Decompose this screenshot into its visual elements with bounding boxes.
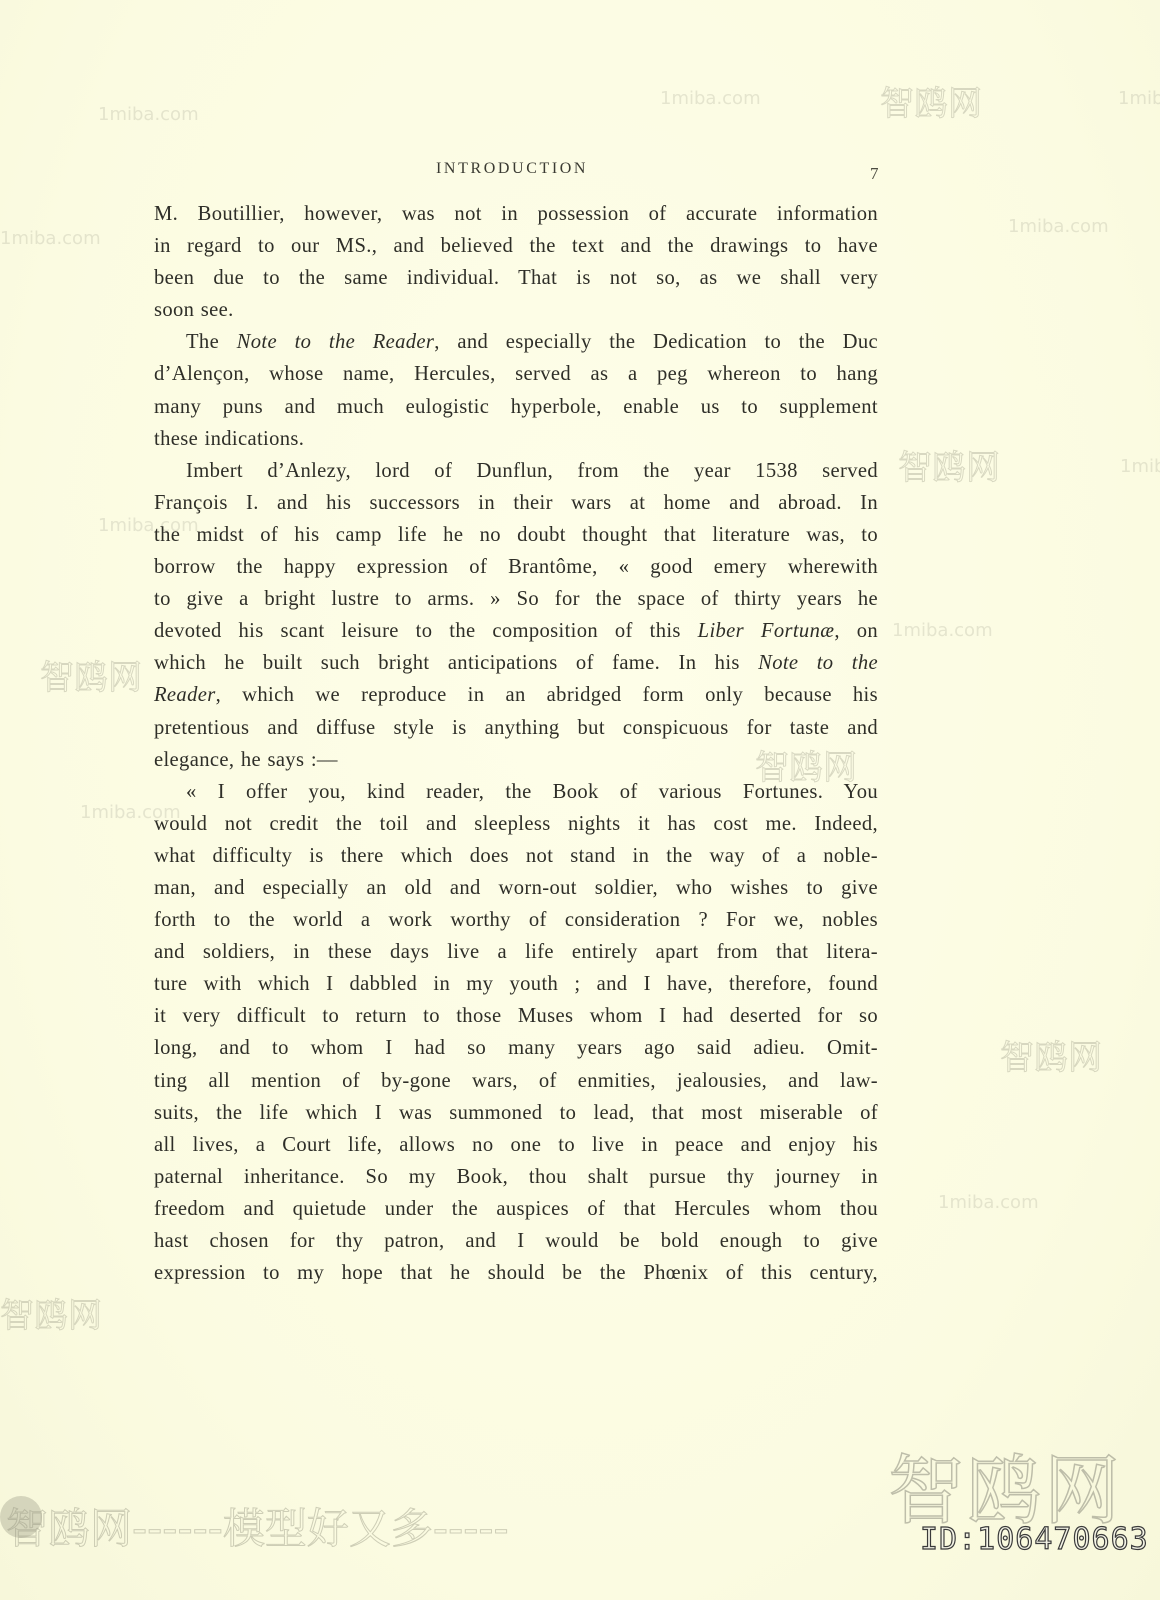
text-line: soon see. (154, 294, 878, 326)
text-line: to give a bright lustre to arms. » So fo… (154, 583, 878, 615)
text-line: borrow the happy expression of Brantôme,… (154, 551, 878, 583)
text-line: Reader, which we reproduce in an abridge… (154, 679, 878, 711)
text-run: François I. and his successors in their … (154, 492, 878, 514)
text-run: borrow the happy expression of Brantôme,… (154, 556, 878, 578)
text-line: the midst of his camp life he no doubt t… (154, 519, 878, 551)
text-run: many puns and much eulogistic hyperbole,… (154, 396, 878, 418)
text-run: all lives, a Court life, allows no one t… (154, 1134, 878, 1156)
text-run: forth to the world a work worthy of cons… (154, 909, 878, 931)
text-line: suits, the life which I was summoned to … (154, 1097, 878, 1129)
italic-title: Note to the Reader (237, 331, 435, 353)
text-run: paternal inheritance. So my Book, thou s… (154, 1166, 878, 1188)
paragraph: The Note to the Reader, and especially t… (154, 326, 878, 454)
text-run: The (186, 331, 237, 353)
text-line: many puns and much eulogistic hyperbole,… (154, 391, 878, 423)
text-line: forth to the world a work worthy of cons… (154, 904, 878, 936)
running-head-title: INTRODUCTION (436, 160, 588, 178)
text-run: d’Alençon, whose name, Hercules, served … (154, 363, 878, 385)
text-run: ting all mention of by-gone wars, of enm… (154, 1070, 878, 1092)
text-line: « I offer you, kind reader, the Book of … (154, 776, 878, 808)
text-run: in regard to our MS., and believed the t… (154, 235, 878, 257)
text-run: to give a bright lustre to arms. » So fo… (154, 588, 878, 610)
text-line: The Note to the Reader, and especially t… (154, 326, 878, 358)
text-line: in regard to our MS., and believed the t… (154, 230, 878, 262)
text-run: ture with which I dabbled in my youth ; … (154, 973, 878, 995)
text-line: d’Alençon, whose name, Hercules, served … (154, 358, 878, 390)
text-line: man, and especially an old and worn-out … (154, 872, 878, 904)
paragraph: M. Boutillier, however, was not in posse… (154, 198, 878, 326)
text-run: , and especially the Dedication to the D… (434, 331, 878, 353)
text-line: long, and to whom I had so many years ag… (154, 1032, 878, 1064)
text-run: devoted his scant leisure to the composi… (154, 620, 698, 642)
text-line: freedom and quietude under the auspices … (154, 1193, 878, 1225)
text-run: , which we reproduce in an abridged form… (216, 684, 878, 706)
text-run: what difficulty is there which does not … (154, 845, 878, 867)
paragraph: Imbert d’Anlezy, lord of Dunflun, from t… (154, 455, 878, 776)
text-line: pretentious and diffuse style is anythin… (154, 712, 878, 744)
watermark-id: ID:106470663 (920, 1522, 1149, 1557)
italic-title: Liber Fortunæ (698, 620, 835, 642)
text-line: all lives, a Court life, allows no one t… (154, 1129, 878, 1161)
text-line: ting all mention of by-gone wars, of enm… (154, 1065, 878, 1097)
text-line: expression to my hope that he should be … (154, 1257, 878, 1289)
text-run: suits, the life which I was summoned to … (154, 1102, 878, 1124)
italic-title: Reader (154, 684, 216, 706)
text-line: François I. and his successors in their … (154, 487, 878, 519)
text-line: M. Boutillier, however, was not in posse… (154, 198, 878, 230)
text-line: ture with which I dabbled in my youth ; … (154, 968, 878, 1000)
text-line: devoted his scant leisure to the composi… (154, 615, 878, 647)
text-line: it very difficult to return to those Mus… (154, 1000, 878, 1032)
text-run: hast chosen for thy patron, and I would … (154, 1230, 878, 1252)
text-run: which he built such bright anticipations… (154, 652, 758, 674)
text-run: man, and especially an old and worn-out … (154, 877, 878, 899)
text-run: soon see. (154, 299, 234, 321)
body-text: M. Boutillier, however, was not in posse… (154, 198, 878, 1289)
text-line: these indications. (154, 423, 878, 455)
text-line: would not credit the toil and sleepless … (154, 808, 878, 840)
text-run: would not credit the toil and sleepless … (154, 813, 878, 835)
text-line: and soldiers, in these days live a life … (154, 936, 878, 968)
page-number: 7 (870, 164, 879, 184)
text-run: pretentious and diffuse style is anythin… (154, 717, 878, 739)
italic-title: Note to the (758, 652, 878, 674)
text-run: , on (834, 620, 878, 642)
paragraph: « I offer you, kind reader, the Book of … (154, 776, 878, 1290)
text-run: freedom and quietude under the auspices … (154, 1198, 878, 1220)
text-run: the midst of his camp life he no doubt t… (154, 524, 878, 546)
text-run: long, and to whom I had so many years ag… (154, 1037, 878, 1059)
text-run: expression to my hope that he should be … (154, 1262, 878, 1284)
text-line: been due to the same individual. That is… (154, 262, 878, 294)
text-line: what difficulty is there which does not … (154, 840, 878, 872)
text-line: hast chosen for thy patron, and I would … (154, 1225, 878, 1257)
text-run: M. Boutillier, however, was not in posse… (154, 203, 878, 225)
text-line: Imbert d’Anlezy, lord of Dunflun, from t… (154, 455, 878, 487)
text-run: elegance, he says :— (154, 749, 338, 771)
text-run: Imbert d’Anlezy, lord of Dunflun, from t… (186, 460, 878, 482)
text-line: elegance, he says :— (154, 744, 878, 776)
watermark-slogan: 智鸥网------模型好又多----- (6, 1496, 509, 1556)
text-run: these indications. (154, 428, 304, 450)
text-run: it very difficult to return to those Mus… (154, 1005, 878, 1027)
text-run: « I offer you, kind reader, the Book of … (186, 781, 878, 803)
text-run: been due to the same individual. That is… (154, 267, 878, 289)
text-run: and soldiers, in these days live a life … (154, 941, 878, 963)
text-line: paternal inheritance. So my Book, thou s… (154, 1161, 878, 1193)
text-line: which he built such bright anticipations… (154, 647, 878, 679)
